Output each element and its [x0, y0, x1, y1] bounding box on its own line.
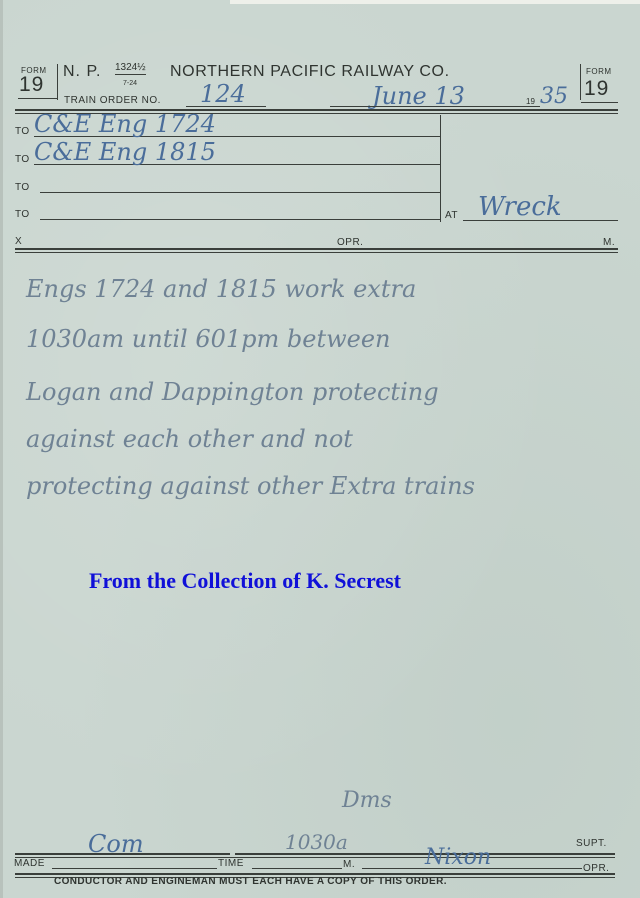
form-date: 7-24	[123, 80, 137, 87]
to-label-3: TO	[15, 182, 30, 193]
order-text-line-1: Engs 1724 and 1815 work extra	[26, 275, 416, 303]
at-label: AT	[445, 210, 458, 221]
at-value: Wreck	[478, 192, 562, 222]
train-order-form: FORM 19 N. P. 1324½ 7-24 NORTHERN PACIFI…	[0, 0, 640, 898]
to-label-4: TO	[15, 209, 30, 220]
to-line-3	[40, 192, 440, 193]
to-value-1: C&E Eng 1724	[34, 110, 216, 138]
date-underline	[330, 106, 540, 107]
made-value: Com	[88, 830, 144, 858]
opr-line	[362, 868, 582, 869]
form-box-underline-right	[581, 102, 618, 103]
to-label-1: TO	[15, 126, 30, 137]
train-order-no: 124	[200, 80, 246, 108]
opr-signature: Nixon	[425, 845, 491, 870]
addressee-divider	[440, 115, 441, 222]
order-text-line-2: 1030am until 601pm between	[26, 325, 391, 353]
x-label: X	[15, 236, 22, 247]
form-number-left: 19	[19, 73, 44, 97]
signature-rule-thick	[15, 248, 618, 250]
to-label-2: TO	[15, 154, 30, 165]
order-text-line-5: protecting against other Extra trains	[26, 472, 475, 500]
collection-watermark: From the Collection of K. Secrest	[89, 568, 401, 594]
time-line	[252, 868, 342, 869]
opr-label: OPR.	[337, 237, 363, 248]
made-label: MADE	[14, 858, 45, 869]
supt-initials: Dms	[342, 788, 392, 813]
time-m-label: M.	[343, 859, 355, 870]
form-box-underline-left	[18, 98, 58, 99]
made-line	[52, 868, 217, 869]
to-value-2: C&E Eng 1815	[34, 138, 216, 166]
time-value: 1030a	[285, 830, 348, 854]
m-label: M.	[603, 237, 615, 248]
form-label-right: FORM	[586, 67, 612, 76]
form-code: 1324½	[115, 62, 146, 75]
form-number-right: 19	[584, 77, 609, 101]
order-text-line-4: against each other and not	[26, 425, 353, 453]
year-prefix: 19	[526, 97, 535, 106]
signature-rule-thin	[15, 252, 618, 253]
year-suffix: 35	[540, 84, 568, 109]
time-label: TIME	[218, 858, 244, 869]
to-line-4	[40, 219, 440, 220]
train-order-label: TRAIN ORDER NO.	[64, 95, 161, 106]
company-name: NORTHERN PACIFIC RAILWAY CO.	[170, 63, 450, 81]
footer-rule-thick	[15, 873, 615, 875]
copy-notice: CONDUCTOR AND ENGINEMAN MUST EACH HAVE A…	[54, 876, 447, 887]
form-box-divider-left	[57, 64, 58, 100]
np-label: N. P.	[63, 63, 102, 81]
paper-left-edge	[0, 0, 3, 898]
paper-top-edge	[230, 0, 640, 4]
form-box-divider-right	[580, 64, 581, 100]
supt-label: SUPT.	[576, 838, 607, 849]
order-text-line-3: Logan and Dappington protecting	[26, 378, 439, 406]
